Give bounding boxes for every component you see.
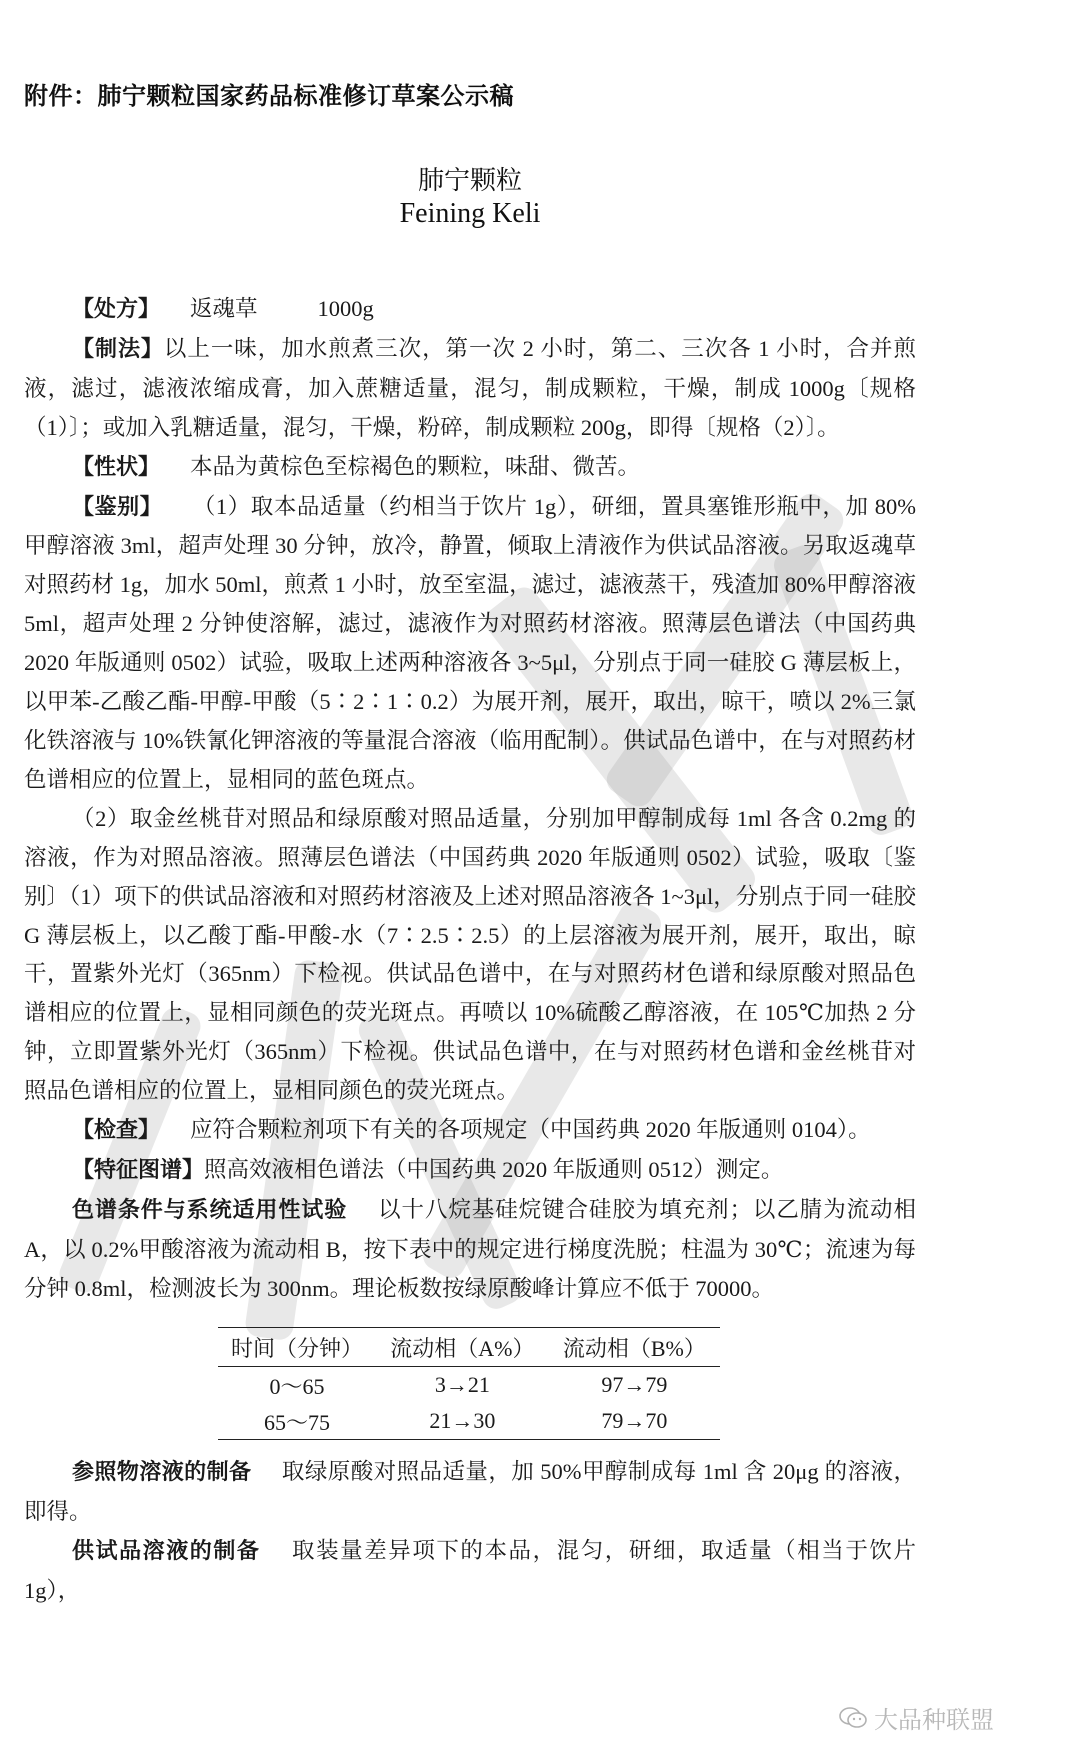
wechat-icon (838, 1706, 868, 1730)
document-body: 【处方】返魂草1000g 【制法】以上一味，加水煎煮三次，第一次 2 小时，第二… (24, 290, 916, 1309)
section-inspection: 【检查】应符合颗粒剂项下有关的各项规定（中国药典 2020 年版通则 0104）… (24, 1111, 916, 1151)
identification-item-1: （1）取本品适量（约相当于饮片 1g），研细，置具塞锥形瓶中，加 80%甲醇溶液… (24, 494, 916, 792)
table-cell-phase-b: 79→70 (549, 1403, 720, 1440)
description-text: 本品为黄棕色至棕褐色的颗粒，味甜、微苦。 (190, 454, 640, 479)
gradient-elution-table: 时间（分钟） 流动相（A%） 流动相（B%） 0～65 3→21 97→79 6… (218, 1327, 720, 1440)
table-cell-phase-a: 21→30 (376, 1403, 549, 1440)
section-fingerprint: 【特征图谱】照高效液相色谱法（中国药典 2020 年版通则 0512）测定。 (24, 1151, 916, 1191)
prescription-label: 【处方】 (72, 297, 160, 322)
section-prescription: 【处方】返魂草1000g (24, 290, 916, 330)
identification-item-2: （2）取金丝桃苷对照品和绿原酸对照品适量，分别加甲醇制成每 1ml 各含 0.2… (24, 806, 916, 1103)
prescription-herb: 返魂草 (190, 296, 258, 321)
preparation-label: 【制法】 (72, 337, 164, 362)
section-identification-2: （2）取金丝桃苷对照品和绿原酸对照品适量，分别加甲醇制成每 1ml 各含 0.2… (24, 800, 916, 1111)
document-body-continued: 参照物溶液的制备取绿原酸对照品适量，加 50%甲醇制成每 1ml 含 20μg … (24, 1453, 916, 1611)
document-title: 肺宁颗粒 (0, 160, 940, 197)
section-test-solution: 供试品溶液的制备取装量差异项下的本品，混匀，研细，取适量（相当于饮片 1g）， (24, 1532, 916, 1611)
section-description: 【性状】本品为黄棕色至棕褐色的颗粒，味甜、微苦。 (24, 448, 916, 488)
table-header-time: 时间（分钟） (218, 1328, 376, 1367)
description-label: 【性状】 (72, 455, 160, 480)
fingerprint-label: 【特征图谱】 (72, 1158, 204, 1183)
table-header-phase-a: 流动相（A%） (376, 1328, 549, 1367)
inspection-text: 应符合颗粒剂项下有关的各项规定（中国药典 2020 年版通则 0104）。 (190, 1117, 871, 1142)
table-cell-phase-a: 3→21 (376, 1367, 549, 1404)
identification-label: 【鉴别】 (72, 495, 162, 520)
document-subtitle: Feining Keli (0, 198, 940, 230)
source-watermark-label: 大品种联盟 (874, 1700, 994, 1735)
table-header-phase-b: 流动相（B%） (549, 1328, 720, 1367)
reference-solution-label: 参照物溶液的制备 (72, 1460, 252, 1485)
test-solution-label: 供试品溶液的制备 (72, 1539, 260, 1564)
document-page: 附件：肺宁颗粒国家药品标准修订草案公示稿 肺宁颗粒 Feining Keli 【… (0, 0, 1080, 1761)
table-cell-time: 65～75 (218, 1403, 376, 1440)
fingerprint-text: 照高效液相色谱法（中国药典 2020 年版通则 0512）测定。 (204, 1157, 783, 1182)
table-row: 0～65 3→21 97→79 (218, 1367, 720, 1404)
section-identification-1: 【鉴别】（1）取本品适量（约相当于饮片 1g），研细，置具塞锥形瓶中，加 80%… (24, 488, 916, 800)
table-cell-phase-b: 97→79 (549, 1367, 720, 1404)
source-watermark: 大品种联盟 (838, 1700, 994, 1735)
section-chromatographic-conditions: 色谱条件与系统适用性试验以十八烷基硅烷键合硅胶为填充剂；以乙腈为流动相 A，以 … (24, 1191, 916, 1309)
table-cell-time: 0～65 (218, 1367, 376, 1404)
section-preparation: 【制法】以上一味，加水煎煮三次，第一次 2 小时，第二、三次各 1 小时，合并煎… (24, 330, 916, 448)
chromatographic-conditions-label: 色谱条件与系统适用性试验 (72, 1198, 347, 1223)
table-header-row: 时间（分钟） 流动相（A%） 流动相（B%） (218, 1328, 720, 1367)
table-row: 65～75 21→30 79→70 (218, 1403, 720, 1440)
inspection-label: 【检查】 (72, 1118, 160, 1143)
prescription-amount: 1000g (318, 296, 374, 321)
attachment-heading: 附件：肺宁颗粒国家药品标准修订草案公示稿 (24, 76, 514, 111)
section-reference-solution: 参照物溶液的制备取绿原酸对照品适量，加 50%甲醇制成每 1ml 含 20μg … (24, 1453, 916, 1532)
